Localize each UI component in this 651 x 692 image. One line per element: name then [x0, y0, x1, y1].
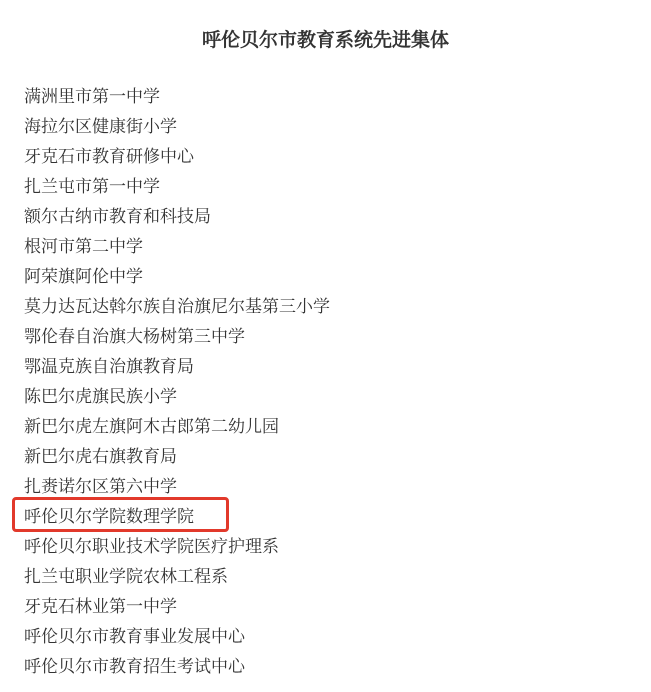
page: 呼伦贝尔市教育系统先进集体 满洲里市第一中学 海拉尔区健康街小学 牙克石市教育研…	[0, 0, 651, 692]
list-item: 牙克石市教育研修中心	[0, 142, 651, 172]
list-item: 海拉尔区健康街小学	[0, 112, 651, 142]
list-item: 呼伦贝尔市教育事业发展中心	[0, 622, 651, 652]
list-item: 扎赉诺尔区第六中学	[0, 472, 651, 502]
list-item: 新巴尔虎左旗阿木古郎第二幼儿园	[0, 412, 651, 442]
list-item: 莫力达瓦达斡尔族自治旗尼尔基第三小学	[0, 292, 651, 322]
list-item: 鄂温克族自治旗教育局	[0, 352, 651, 382]
award-list: 满洲里市第一中学 海拉尔区健康街小学 牙克石市教育研修中心 扎兰屯市第一中学 额…	[0, 82, 651, 682]
list-item: 鄂伦春自治旗大杨树第三中学	[0, 322, 651, 352]
list-item-highlighted: 呼伦贝尔学院数理学院	[0, 502, 651, 532]
list-item: 扎兰屯职业学院农林工程系	[0, 562, 651, 592]
list-item: 满洲里市第一中学	[0, 82, 651, 112]
list-item: 扎兰屯市第一中学	[0, 172, 651, 202]
list-item: 阿荣旗阿伦中学	[0, 262, 651, 292]
list-item: 呼伦贝尔职业技术学院医疗护理系	[0, 532, 651, 562]
page-title: 呼伦贝尔市教育系统先进集体	[0, 30, 651, 51]
list-item: 新巴尔虎右旗教育局	[0, 442, 651, 472]
list-item: 陈巴尔虎旗民族小学	[0, 382, 651, 412]
list-item: 额尔古纳市教育和科技局	[0, 202, 651, 232]
list-item: 根河市第二中学	[0, 232, 651, 262]
list-item: 呼伦贝尔市教育招生考试中心	[0, 652, 651, 682]
list-item: 牙克石林业第一中学	[0, 592, 651, 622]
